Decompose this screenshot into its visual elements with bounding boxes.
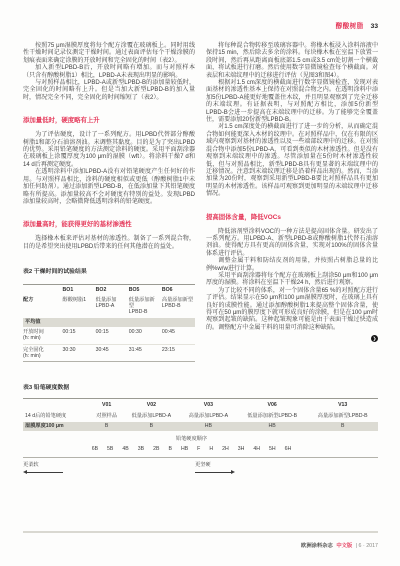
scale-tick: 2B	[153, 446, 159, 452]
column-header: BO1	[63, 284, 96, 295]
scale-tick: 5H	[269, 446, 276, 452]
left-column: 按照75 μm湿膜厚度将每个配方涂覆在玻璃板上。同时用线性干燥时间记录仪测定干燥…	[23, 43, 195, 362]
scale-tick: 2H	[222, 446, 229, 452]
scale-tick: F	[197, 446, 200, 452]
scale-tick: 4B	[122, 446, 128, 452]
magazine-page: 醇酸树脂 33 按照75 μm湿膜厚度将每个配方涂覆在玻璃板上。同时用线性干燥时…	[0, 0, 400, 566]
table-row: 配方 醇酸树脂1 低量添加 LPBD-A 低量添加新型 LPBD-B 高量添加新…	[23, 295, 195, 318]
table-cell: 高量添加LPBD-A	[180, 411, 237, 422]
table-row: 湿膜厚度100 μm B B HB HB B	[23, 422, 378, 431]
table-row: 14 d后的铅笔硬度 对照样品 低量添加LPBD-A 高量添加LPBD-A 低量…	[23, 411, 378, 422]
paragraph: 为了比较不同的体系，对一个固体含量65 %的对照配方进行了评估。结果显示在50 …	[206, 288, 378, 332]
table-cell: HB	[237, 422, 308, 431]
subheading-penetration: 添加量高时，能获得更好的基材渗透性	[23, 221, 195, 229]
table-cell: 对照样品	[90, 411, 122, 422]
column-header: BO6	[162, 284, 195, 295]
right-column: 将每种混合物转移至玻璃容器中。将橡木板浸入涂料溶液中保持15 min，然后除去多…	[206, 43, 378, 362]
edition-label: 中文版	[336, 543, 352, 549]
arrow-left-icon	[23, 470, 63, 474]
scale-tick: 6H	[285, 446, 292, 452]
harder-legend: 更坚硬	[195, 461, 235, 474]
table-cell: B	[123, 422, 180, 431]
softer-label: 更柔软	[23, 461, 63, 468]
table-cell: 23:15	[162, 344, 195, 362]
subheading-hardness: 添加量低时，硬度略有上升	[23, 117, 195, 125]
article-continues-marker: ❯	[206, 335, 378, 342]
two-column-body: 按照75 μm湿膜厚度将每个配方涂覆在玻璃板上。同时用线性干燥时间记录仪测定干燥…	[23, 43, 378, 362]
issue-label: | 6 · 2017	[356, 543, 378, 549]
table-cell: 31:45	[129, 344, 162, 362]
table-pencil-hardness: V01 V02 V03 V06 V13 14 d后的铅笔硬度 对照样品 低量添加…	[23, 398, 378, 431]
page-number: 33	[371, 23, 378, 30]
paragraph: 调整金属干料和防结皮剂的用量，并按照占树脂总量的比例%w/w进行计算。	[206, 258, 378, 273]
scale-tick: 3B	[138, 446, 144, 452]
table-section-row: 平均值	[23, 318, 195, 327]
paragraph: 将每种混合物转移至玻璃容器中。将橡木板浸入涂料溶液中保持15 min，然后除去多…	[206, 43, 378, 80]
paragraph: 根据对1.5 cm深度的横截面进行数字显微镜检查，发现对表面基材的渗透性基本上保…	[206, 80, 378, 124]
section-band: 平均值	[23, 318, 195, 327]
table-cell: 00:45	[162, 327, 195, 344]
table3-caption: 表3 铅笔硬度数据	[23, 382, 378, 391]
hardness-legend: 更柔软 更坚硬	[23, 461, 378, 474]
column-header: V03	[180, 399, 237, 411]
table-cell: 30:45	[96, 344, 129, 362]
table-cell: HB	[180, 422, 237, 431]
table-cell: 00:15	[63, 327, 96, 344]
softer-legend: 更柔软	[23, 461, 63, 474]
table-corner-cell	[23, 399, 90, 411]
column-header: V06	[237, 399, 308, 411]
table-row: V01 V02 V03 V06 V13	[23, 399, 378, 411]
divider	[23, 457, 378, 458]
table-cell: 高量添加新型LPBD-B	[307, 411, 378, 422]
table-row: 开放时间 (h: min) 00:15 00:15 00:30 00:45	[23, 327, 195, 344]
hardness-scale-title: 铅笔硬度顺序	[14, 435, 369, 442]
arrow-right-icon	[195, 470, 235, 474]
table-cell: B	[90, 422, 122, 431]
scale-tick: 3H	[238, 446, 245, 452]
paragraph: 降低溶剂型涂料VOC的一种方法是提高固体含量。研发出了一系列配方。用LPBD-A…	[206, 229, 378, 259]
paragraph: 采用平面刮涂器将每个配方在玻璃板上刮涂50 μm和100 μm厚度的湿膜。将涂料…	[206, 273, 378, 288]
scale-tick: 5B	[107, 446, 113, 452]
row-label: 配方	[23, 295, 63, 318]
column-header: V02	[123, 399, 180, 411]
journal-name: 欧洲涂料杂志	[301, 543, 333, 549]
section-title: 醇酸树脂	[336, 20, 364, 30]
row-label: 完全固化 (h: min)	[23, 344, 63, 362]
table-cell: 低量添加新型LPBD-B	[237, 411, 308, 422]
paragraph: 与对照样品相比，LPBD-A或新型LPBD-B的添加量较低时，完全固化的时间略有…	[23, 80, 195, 102]
scale-tick: H	[209, 446, 213, 452]
scale-tick: 4H	[253, 446, 260, 452]
pencil-hardness-section: 表3 铅笔硬度数据 V01 V02 V03 V06 V13 14 d后的铅笔硬度…	[23, 382, 378, 474]
table-cell: 30:30	[63, 344, 96, 362]
footer-text: 欧洲涂料杂志 中文版 | 6 · 2017	[23, 541, 378, 549]
scale-tick: HB	[181, 446, 188, 452]
table-row: 完全固化 (h: min) 30:30 30:45 31:45 23:15	[23, 344, 195, 362]
table-cell: 高量添加新型 LPBD-B	[162, 295, 195, 318]
continue-arrow-icon: ❯	[371, 335, 378, 342]
scale-tick: B	[168, 446, 171, 452]
paragraph: 为了评估硬度，设计了一系列配方。用LPBD代替部分醇酸树脂1和部分石油溶剂油。未…	[23, 132, 195, 169]
table-cell: 00:30	[129, 327, 162, 344]
paragraph: 在透明涂料中添加LPBD-A没有对铅笔硬度产生任何好的作用。与对照样品相比，涂料…	[23, 169, 195, 206]
table-cell: 低量添加新型 LPBD-B	[129, 295, 162, 318]
table2-caption: 表2 干燥时间的试验结果	[23, 269, 195, 276]
table-cell: 00:15	[96, 327, 129, 344]
subheading-voc: 提高固体含量，降低VOCs	[206, 214, 378, 222]
table-drying-times: BO1 BO2 BO5 BO6 配方 醇酸树脂1 低量添加 LPBD-A 低量添…	[23, 284, 195, 363]
table-cell: 醇酸树脂1	[63, 295, 96, 318]
harder-label: 更坚硬	[195, 461, 235, 468]
column-header: V13	[307, 399, 378, 411]
table-cell: 低量添加 LPBD-A	[96, 295, 129, 318]
table-cell: 低量添加LPBD-A	[123, 411, 180, 422]
table-corner-cell	[23, 284, 63, 295]
column-header: BO2	[96, 284, 129, 295]
paragraph: 按照75 μm湿膜厚度将每个配方涂覆在玻璃板上。同时用线性干燥时间记录仪测定干燥…	[23, 43, 195, 65]
row-label: 湿膜厚度100 μm	[23, 422, 90, 431]
page-footer: 欧洲涂料杂志 中文版 | 6 · 2017	[23, 531, 378, 549]
column-header: BO5	[129, 284, 162, 295]
paragraph: 对1.5 cm深度处的横截面进行了进一步的分析，从而确定混合物如何能更深入木材的…	[206, 124, 378, 198]
paragraph: 选择橡木板来评估对基材的渗透性。制备了一系列混合物，目的是希望突出使用LPBD后…	[23, 236, 195, 251]
row-label: 14 d后的铅笔硬度	[23, 411, 90, 422]
column-header: V01	[90, 399, 122, 411]
footer-rule	[23, 531, 378, 533]
paragraph: 加入新型LPBD-B后，开放时间略有增加。而与对照样本（只含有醇酸树脂1）相比，…	[23, 65, 195, 80]
table-row: BO1 BO2 BO5 BO6	[23, 284, 195, 295]
table-cell: B	[307, 422, 378, 431]
row-label: 开放时间 (h: min)	[23, 327, 63, 344]
hardness-scale: 6B 5B 4B 3B 2B B HB F H 2H 3H 4H 5H 6H	[14, 446, 369, 452]
page-header: 醇酸树脂 33	[23, 20, 378, 30]
scale-tick: 6B	[92, 446, 98, 452]
